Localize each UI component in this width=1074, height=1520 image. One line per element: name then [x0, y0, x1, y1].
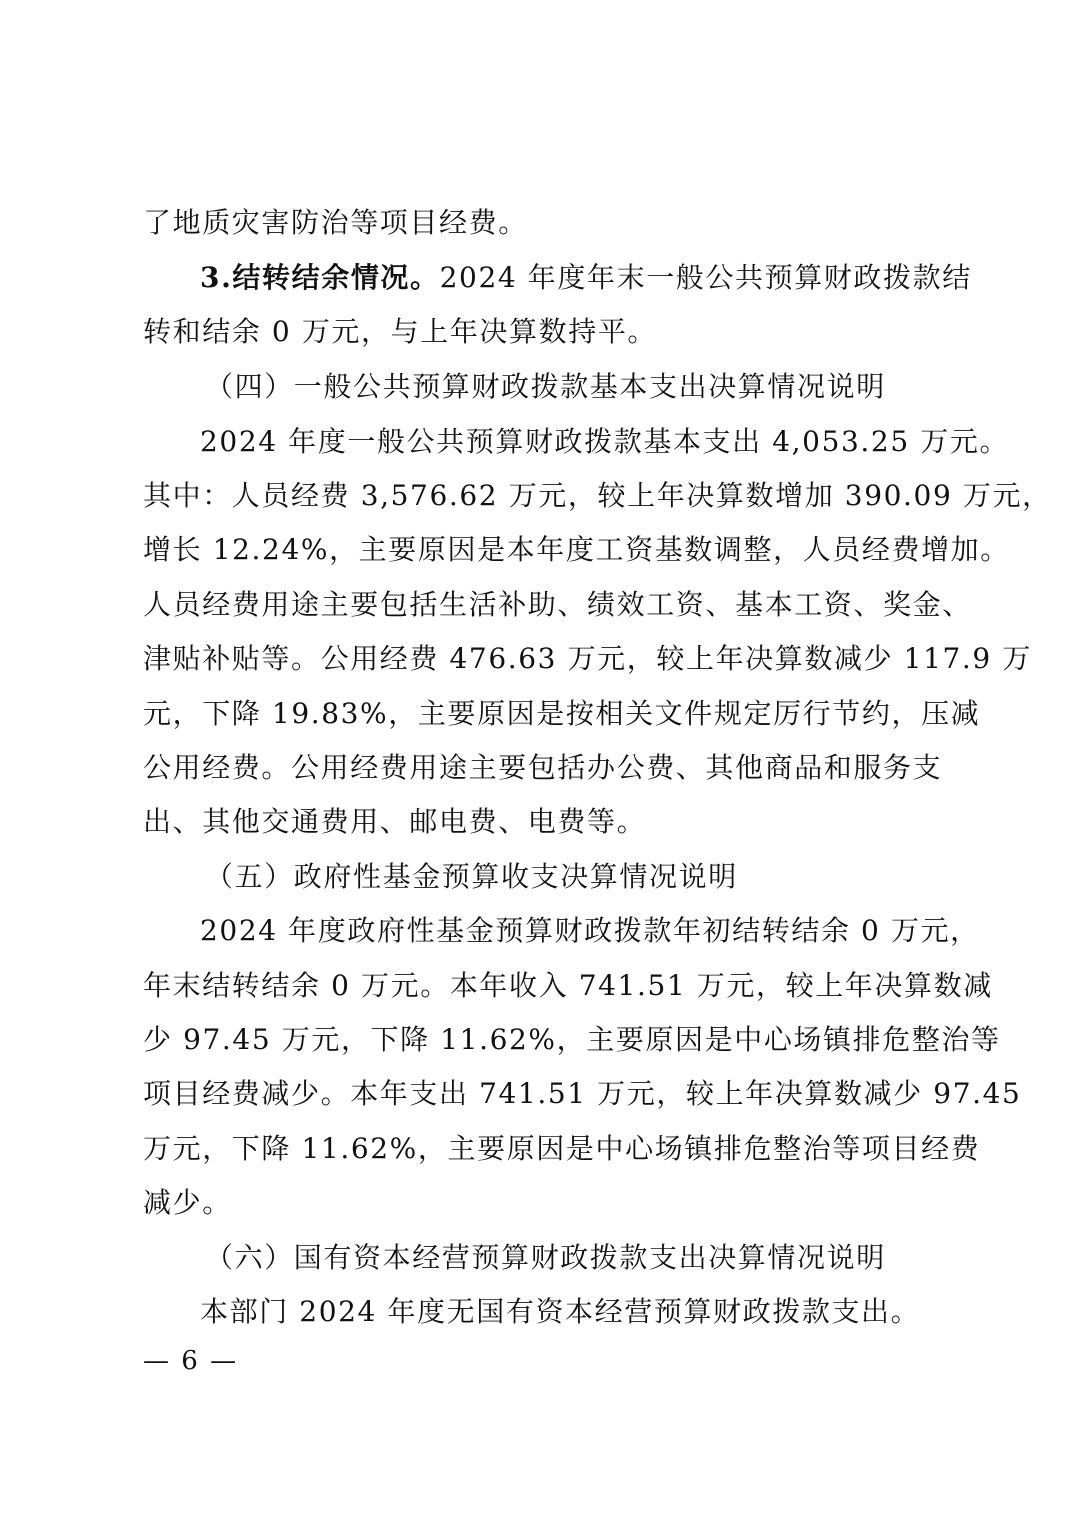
paragraph-line: 转和结余 0 万元，与上年决算数持平。 — [143, 312, 657, 352]
paragraph-line: 了地质灾害防治等项目经费。 — [143, 203, 528, 243]
paragraph-line: 增长 12.24%，主要原因是本年度工资基数调整，人员经费增加。 — [143, 530, 1010, 570]
paragraph-line: 公用经费。公用经费用途主要包括办公费、其他商品和服务支 — [143, 748, 942, 788]
paragraph-text: 2024 年度年末一般公共预算财政拨款结 — [440, 261, 972, 294]
paragraph-line: 年末结转结余 0 万元。本年收入 741.51 万元，较上年决算数减 — [143, 966, 993, 1006]
section-heading: （四）一般公共预算财政拨款基本支出决算情况说明 — [205, 367, 886, 407]
page-number: — 6 — — [143, 1343, 238, 1379]
paragraph-line: 3.结转结余情况。2024 年度年末一般公共预算财政拨款结 — [200, 258, 972, 298]
paragraph-line: 项目经费减少。本年支出 741.51 万元，较上年决算数减少 97.45 — [143, 1074, 1021, 1114]
paragraph-line: 人员经费用途主要包括生活补助、绩效工资、基本工资、奖金、 — [143, 585, 972, 625]
paragraph-line: 少 97.45 万元，下降 11.62%，主要原因是中心场镇排危整治等 — [143, 1020, 1001, 1060]
subheading-label: 3.结转结余情况。 — [200, 261, 440, 294]
document-page: 了地质灾害防治等项目经费。 3.结转结余情况。2024 年度年末一般公共预算财政… — [0, 0, 1074, 1520]
paragraph-line: 万元，下降 11.62%，主要原因是中心场镇排危整治等项目经费 — [143, 1129, 980, 1169]
paragraph-line: 其中：人员经费 3,576.62 万元，较上年决算数增加 390.09 万元， — [143, 476, 1052, 516]
paragraph-line: 2024 年度政府性基金预算财政拨款年初结转结余 0 万元， — [200, 911, 980, 951]
section-heading: （六）国有资本经营预算财政拨款支出决算情况说明 — [205, 1238, 886, 1278]
paragraph-line: 2024 年度一般公共预算财政拨款基本支出 4,053.25 万元。 — [200, 422, 1009, 462]
paragraph-line: 元，下降 19.83%，主要原因是按相关文件规定厉行节约，压减 — [143, 694, 980, 734]
section-heading: （五）政府性基金预算收支决算情况说明 — [205, 857, 738, 897]
paragraph-line: 津贴补贴等。公用经费 476.63 万元，较上年决算数减少 117.9 万 — [143, 639, 1032, 679]
paragraph-line: 减少。 — [143, 1183, 232, 1223]
paragraph-line: 出、其他交通费用、邮电费、电费等。 — [143, 802, 646, 842]
paragraph-line: 本部门 2024 年度无国有资本经营预算财政拨款支出。 — [200, 1292, 920, 1332]
